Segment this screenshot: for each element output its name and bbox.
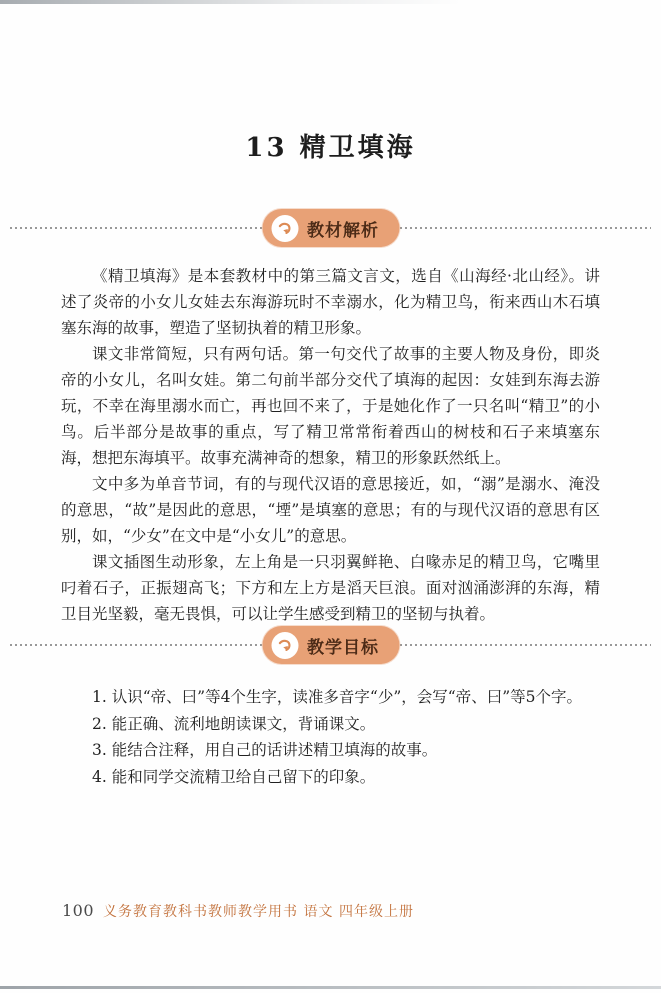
curved-down-arrow-icon xyxy=(271,215,298,242)
analysis-paragraph: 《精卫填海》是本套教材中的第三篇文言文，选自《山海经·北山经》。讲述了炎帝的小女… xyxy=(61,263,600,341)
section-badge-label: 教学目标 xyxy=(307,633,379,658)
analysis-paragraph: 课文非常简短，只有两句话。第一句交代了故事的主要人物及身份，即炎帝的小女儿，名叫… xyxy=(61,341,600,471)
section-divider-analysis: 教材解析 xyxy=(10,209,651,247)
objective-item: 4. 能和同学交流精卫给自己留下的印象。 xyxy=(61,764,600,791)
section-badge-analysis: 教材解析 xyxy=(262,209,399,247)
section-divider-objectives: 教学目标 xyxy=(10,626,651,664)
scan-edge-top xyxy=(0,0,661,4)
section-badge-label: 教材解析 xyxy=(307,216,379,241)
curved-down-arrow-icon xyxy=(271,632,298,659)
objective-item: 2. 能正确、流利地朗读课文，背诵课文。 xyxy=(61,711,600,738)
lesson-title: 13 精卫填海 xyxy=(0,127,661,164)
objectives-list: 1. 认识“帝、曰”等4个生字，读准多音字“少”，会写“帝、曰”等5个字。 2.… xyxy=(61,684,600,790)
page-footer: 100 义务教育教科书教师教学用书 语文 四年级上册 xyxy=(62,901,414,921)
objective-item: 1. 认识“帝、曰”等4个生字，读准多音字“少”，会写“帝、曰”等5个字。 xyxy=(61,684,600,711)
scan-edge-bottom xyxy=(0,986,661,989)
footer-book-title: 义务教育教科书教师教学用书 语文 四年级上册 xyxy=(103,901,414,921)
analysis-section-body: 《精卫填海》是本套教材中的第三篇文言文，选自《山海经·北山经》。讲述了炎帝的小女… xyxy=(61,263,600,627)
analysis-paragraph: 文中多为单音节词，有的与现代汉语的意思接近，如，“溺”是溺水、淹没的意思，“故”… xyxy=(61,471,600,549)
page-number: 100 xyxy=(62,901,94,920)
textbook-page: 13 精卫填海 教材解析 《精卫填海》是本套教材中的第三篇文言文，选自《山海经·… xyxy=(0,0,661,993)
analysis-paragraph: 课文插图生动形象，左上角是一只羽翼鲜艳、白喙赤足的精卫鸟，它嘴里叼着石子，正振翅… xyxy=(61,549,600,627)
objective-item: 3. 能结合注释，用自己的话讲述精卫填海的故事。 xyxy=(61,737,600,764)
section-badge-objectives: 教学目标 xyxy=(262,626,399,664)
